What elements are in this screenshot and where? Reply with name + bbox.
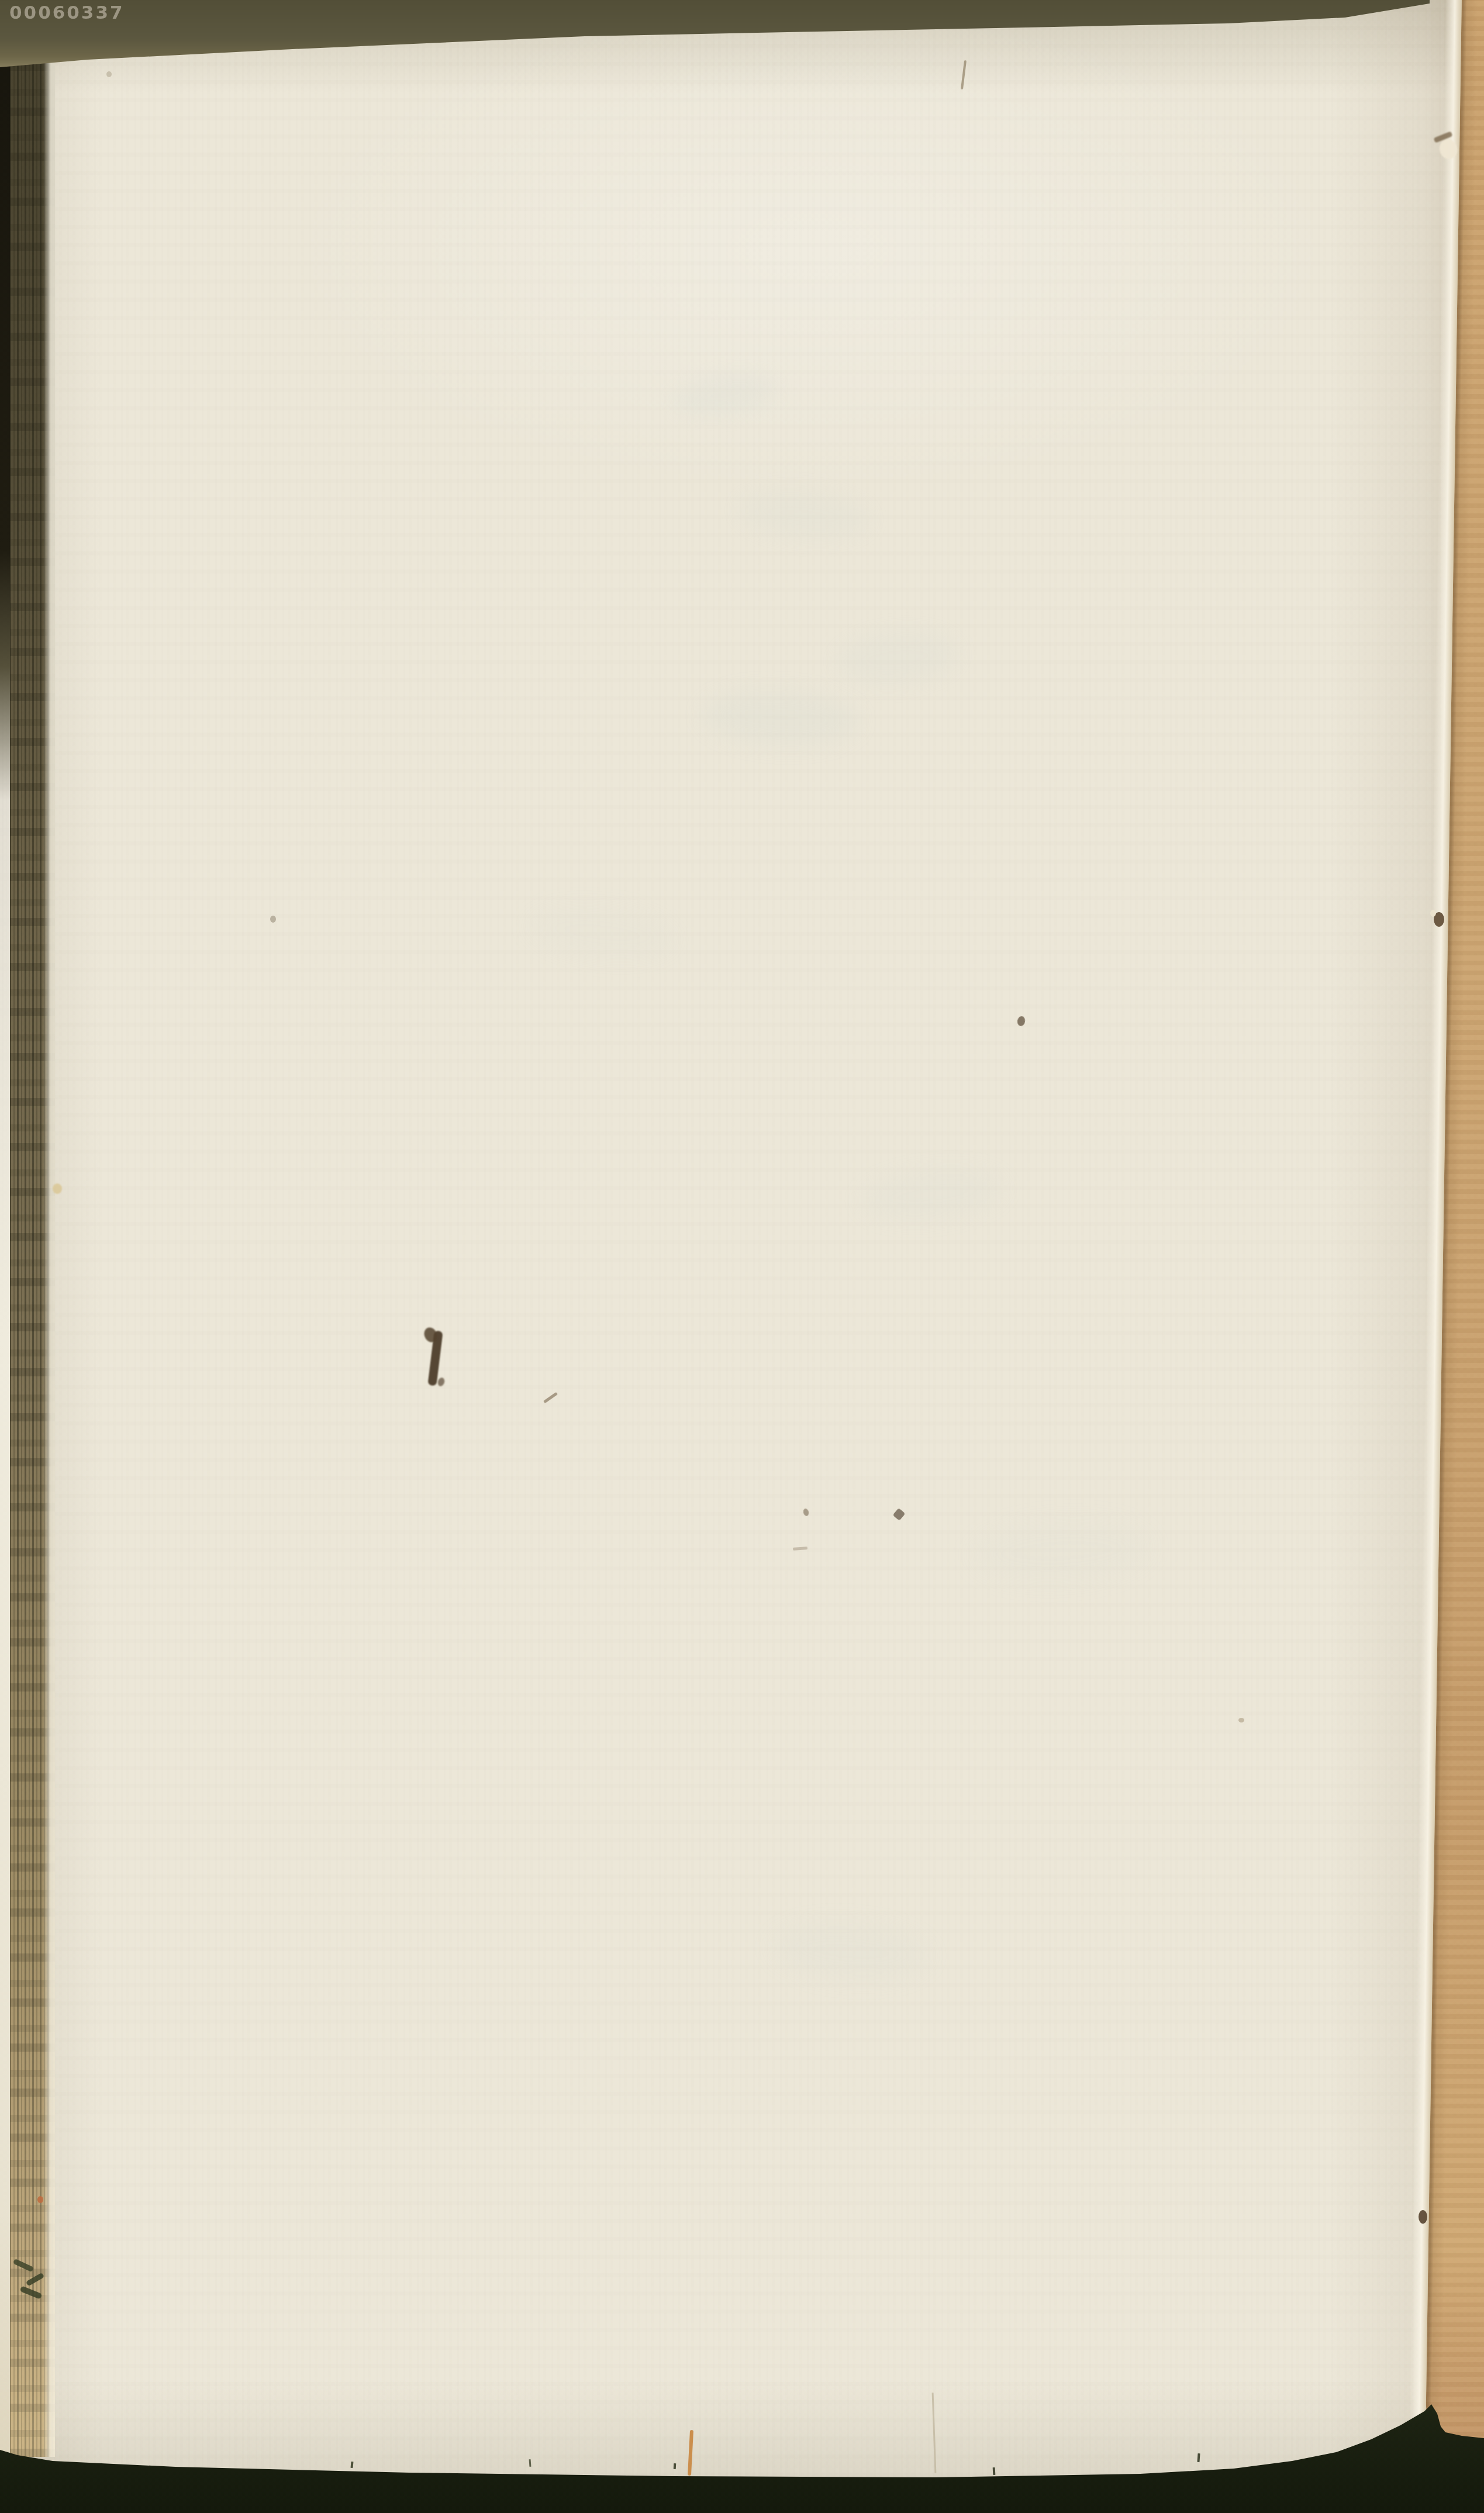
smudge-7 bbox=[969, 1516, 1153, 1586]
sewing-hole-2 bbox=[1419, 2210, 1427, 2224]
speck-d bbox=[893, 1508, 906, 1521]
edge-tick-5 bbox=[1197, 2453, 1200, 2462]
smudge-4 bbox=[700, 686, 861, 750]
smudge-6 bbox=[770, 1918, 931, 1985]
sewing-hole-1-hi bbox=[1430, 910, 1436, 917]
small-slash bbox=[543, 1392, 558, 1404]
stain-yellow bbox=[53, 1183, 62, 1194]
crease-line bbox=[932, 2393, 937, 2473]
speck-c bbox=[802, 1508, 809, 1517]
edge-tick-2 bbox=[529, 2459, 532, 2467]
ink-tail bbox=[437, 1377, 446, 1387]
edge-squiggle-c bbox=[20, 2286, 43, 2300]
smudge-8 bbox=[524, 899, 681, 967]
scan-watermark-id: 00060337 bbox=[9, 2, 125, 23]
fiber-orange bbox=[688, 2430, 693, 2476]
edge-tick-1 bbox=[351, 2462, 354, 2468]
smudge-5 bbox=[857, 1162, 1008, 1227]
dash-faint bbox=[793, 1547, 807, 1551]
speck-e bbox=[1238, 1718, 1244, 1722]
edge-squiggle-b bbox=[26, 2273, 44, 2287]
speck-a bbox=[270, 916, 276, 923]
edge-tick-3 bbox=[674, 2463, 677, 2469]
speck-b bbox=[1017, 1016, 1026, 1027]
edge-squiggle-a bbox=[13, 2259, 34, 2272]
speck-f bbox=[106, 71, 112, 77]
smudge-2 bbox=[735, 485, 873, 544]
red-dot-left bbox=[37, 2196, 43, 2203]
smudge-1 bbox=[670, 367, 780, 422]
smudge-3 bbox=[834, 626, 961, 689]
hair-fiber-top bbox=[961, 60, 967, 89]
book-scan-canvas: 00060337 bbox=[0, 0, 1484, 2513]
marks-layer bbox=[0, 0, 1484, 2513]
edge-tick-4 bbox=[993, 2467, 996, 2475]
